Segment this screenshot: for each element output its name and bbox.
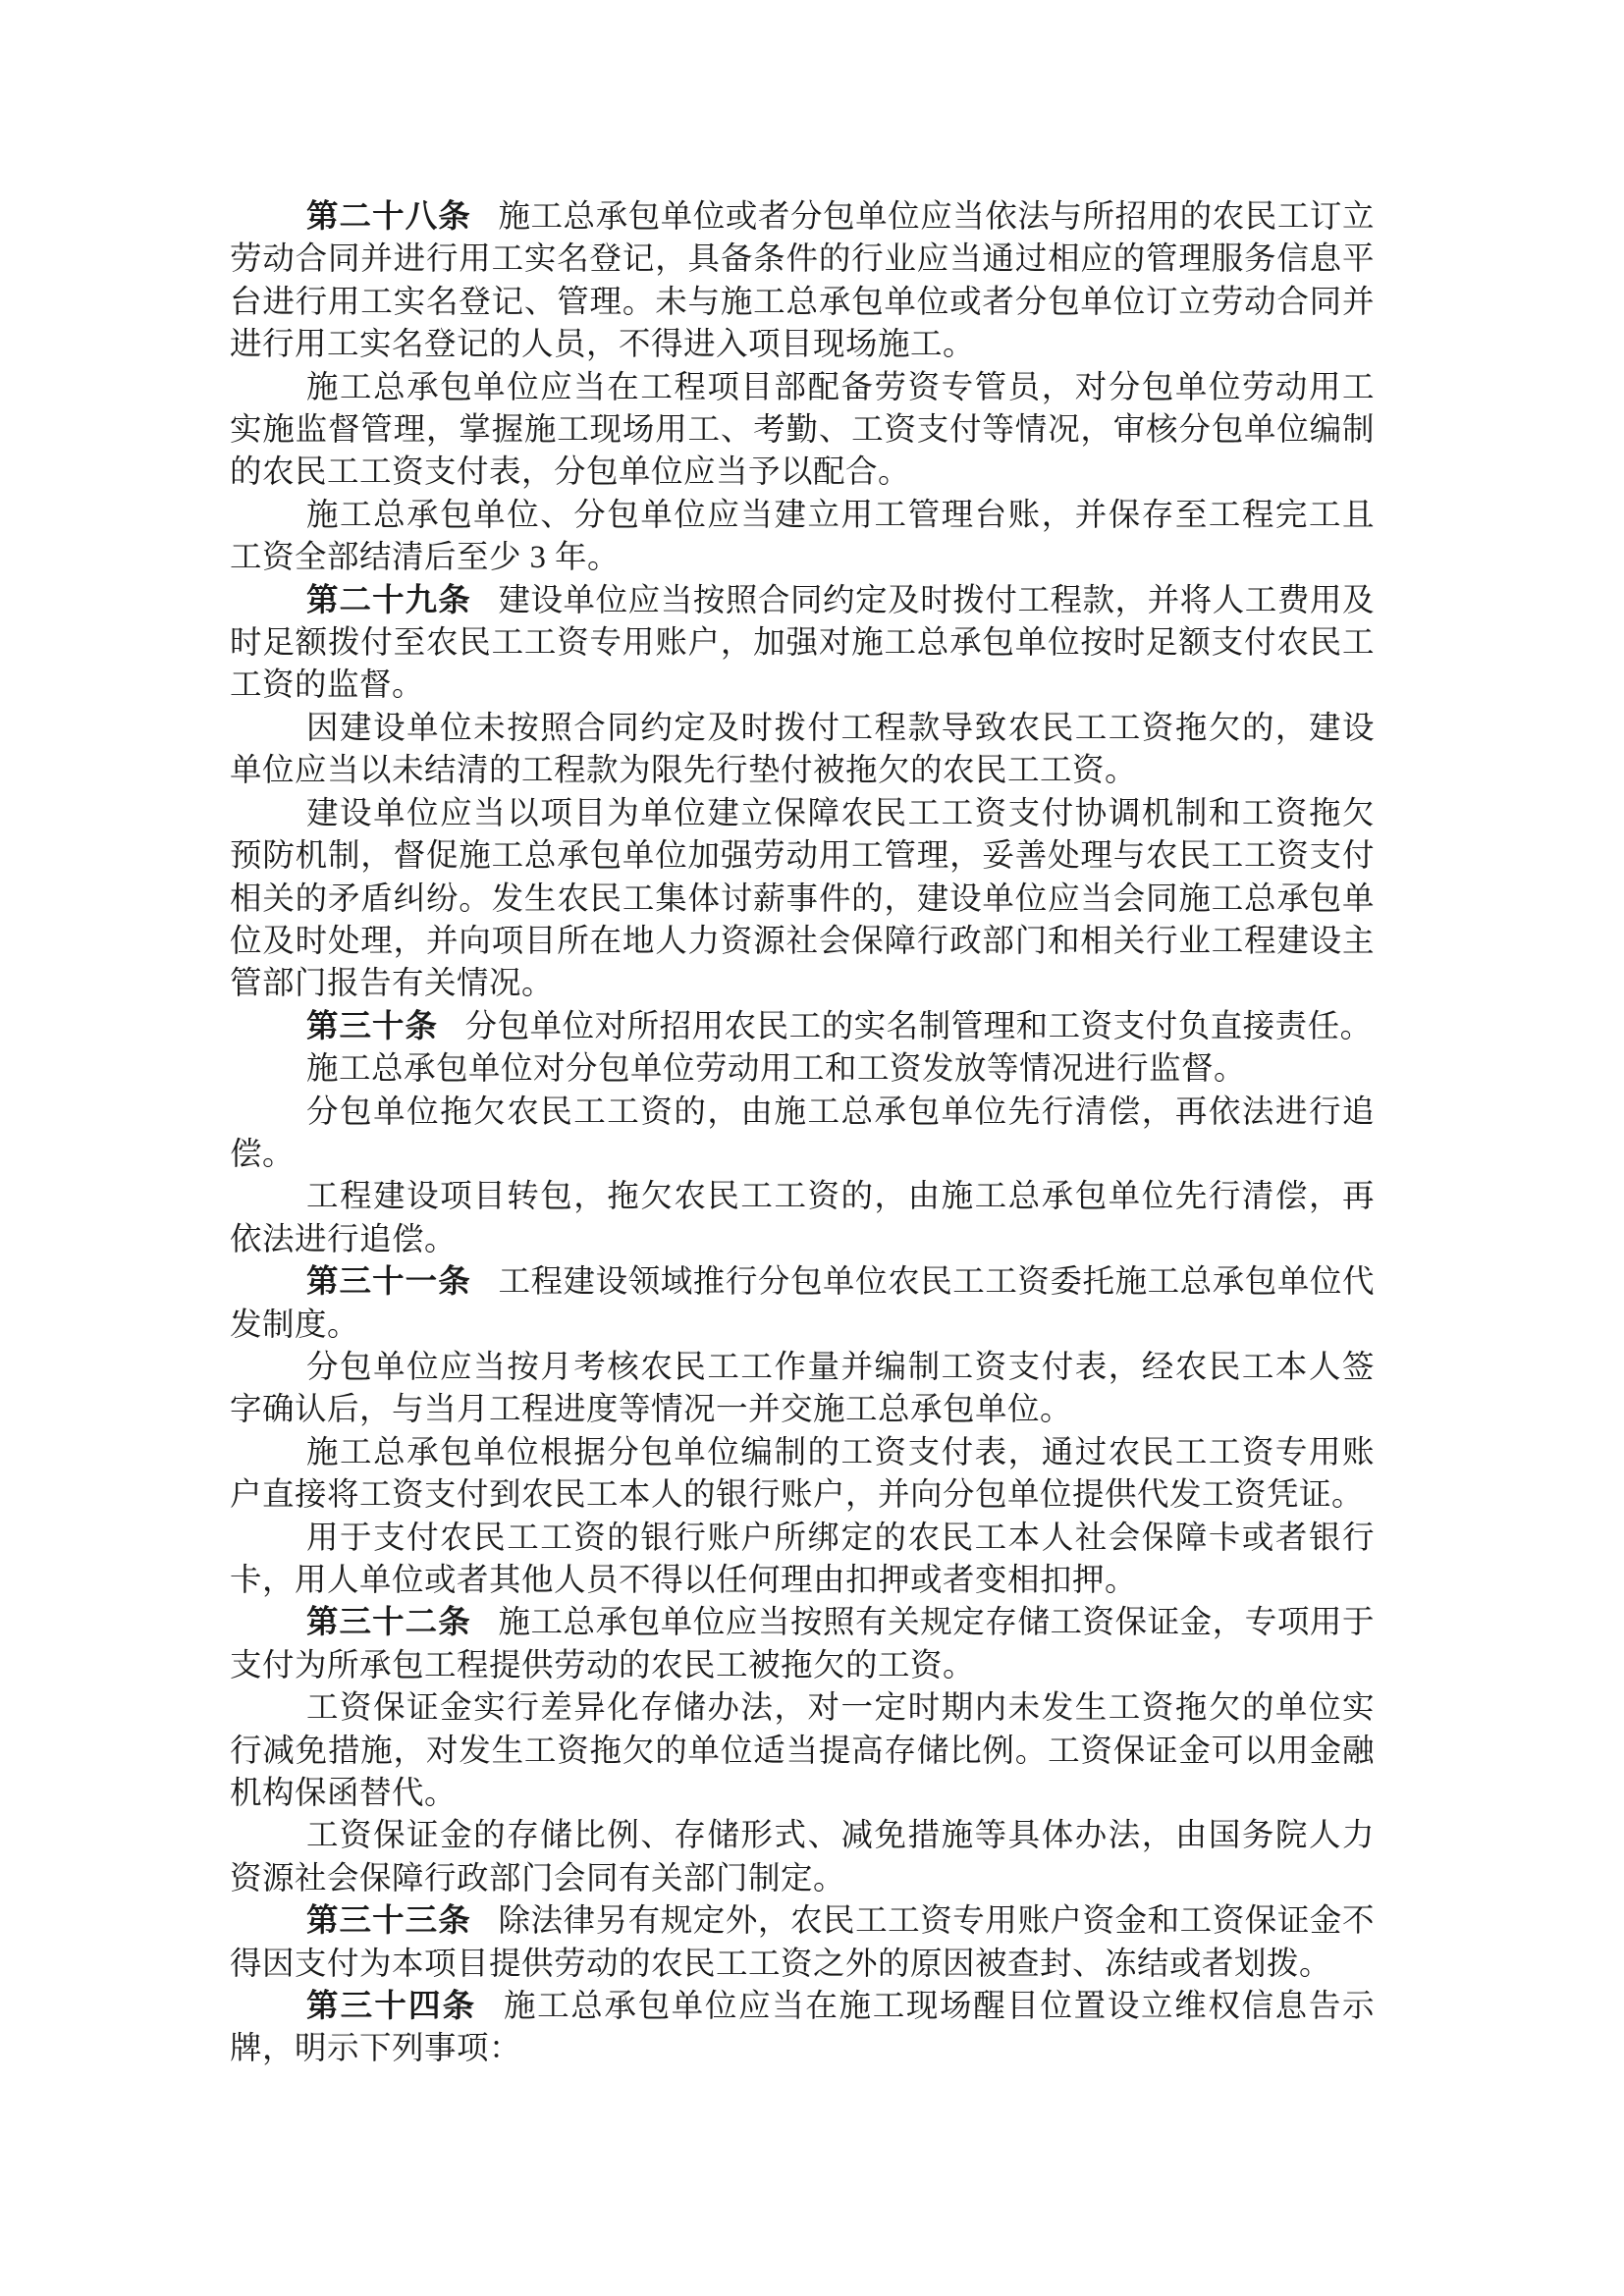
paragraph: 因建设单位未按照合同约定及时拨付工程款导致农民工工资拖欠的，建设单位应当以未结清… (230, 708, 1375, 793)
paragraph: 工程建设项目转包，拖欠农民工工资的，由施工总承包单位先行清偿，再依法进行追偿。 (230, 1176, 1375, 1261)
article-number: 第二十九条 (306, 583, 471, 618)
paragraph: 第三十四条施工总承包单位应当在施工现场醒目位置设立维权信息告示牌，明示下列事项： (230, 1986, 1375, 2071)
paragraph-text: 用于支付农民工工资的银行账户所绑定的农民工本人社会保障卡或者银行卡，用人单位或者… (230, 1521, 1375, 1598)
document-page: 第二十八条施工总承包单位或者分包单位应当依法与所招用的农民工订立劳动合同并进行用… (0, 0, 1624, 2296)
paragraph-text: 建设单位应当以项目为单位建立保障农民工工资支付协调机制和工资拖欠预防机制，督促施… (230, 796, 1375, 1002)
document-text: 第二十八条施工总承包单位或者分包单位应当依法与所招用的农民工订立劳动合同并进行用… (230, 196, 1375, 2071)
paragraph: 第三十二条施工总承包单位应当按照有关规定存储工资保证金，专项用于支付为所承包工程… (230, 1602, 1375, 1687)
article-number: 第三十四条 (306, 1989, 476, 2024)
paragraph: 施工总承包单位对分包单位劳动用工和工资发放等情况进行监督。 (230, 1048, 1375, 1091)
paragraph-text: 施工总承包单位、分包单位应当建立用工管理台账，并保存至工程完工且工资全部结清后至… (230, 498, 1375, 575)
paragraph: 施工总承包单位、分包单位应当建立用工管理台账，并保存至工程完工且工资全部结清后至… (230, 495, 1375, 580)
paragraph-text: 因建设单位未按照合同约定及时拨付工程款导致农民工工资拖欠的，建设单位应当以未结清… (230, 711, 1375, 788)
paragraph: 施工总承包单位根据分包单位编制的工资支付表，通过农民工工资专用账户直接将工资支付… (230, 1432, 1375, 1518)
paragraph: 第二十九条建设单位应当按照合同约定及时拨付工程款，并将人工费用及时足额拨付至农民… (230, 580, 1375, 708)
article-number: 第三十二条 (306, 1605, 471, 1640)
paragraph: 分包单位拖欠农民工工资的，由施工总承包单位先行清偿，再依法进行追偿。 (230, 1092, 1375, 1177)
paragraph: 分包单位应当按月考核农民工工作量并编制工资支付表，经农民工本人签字确认后，与当月… (230, 1347, 1375, 1432)
article-number: 第三十一条 (306, 1264, 471, 1300)
paragraph: 工资保证金的存储比例、存储形式、减免措施等具体办法，由国务院人力资源社会保障行政… (230, 1815, 1375, 1900)
paragraph-text: 工资保证金实行差异化存储办法，对一定时期内未发生工资拖欠的单位实行减免措施，对发… (230, 1690, 1375, 1811)
paragraph: 施工总承包单位应当在工程项目部配备劳资专管员，对分包单位劳动用工实施监督管理，掌… (230, 367, 1375, 495)
paragraph-text: 工程建设项目转包，拖欠农民工工资的，由施工总承包单位先行清偿，再依法进行追偿。 (230, 1179, 1375, 1256)
paragraph-text: 工资保证金的存储比例、存储形式、减免措施等具体办法，由国务院人力资源社会保障行政… (230, 1818, 1375, 1896)
paragraph: 第三十条分包单位对所招用农民工的实名制管理和工资支付负直接责任。 (230, 1006, 1375, 1048)
paragraph-text: 施工总承包单位根据分包单位编制的工资支付表，通过农民工工资专用账户直接将工资支付… (230, 1435, 1375, 1513)
paragraph-text: 施工总承包单位对分包单位劳动用工和工资发放等情况进行监督。 (306, 1051, 1246, 1087)
paragraph-text: 施工总承包单位应当在工程项目部配备劳资专管员，对分包单位劳动用工实施监督管理，掌… (230, 370, 1375, 491)
paragraph: 工资保证金实行差异化存储办法，对一定时期内未发生工资拖欠的单位实行减免措施，对发… (230, 1687, 1375, 1815)
paragraph-text: 分包单位对所招用农民工的实名制管理和工资支付负直接责任。 (465, 1009, 1373, 1044)
paragraph: 第三十三条除法律另有规定外，农民工工资专用账户资金和工资保证金不得因支付为本项目… (230, 1900, 1375, 1986)
paragraph-text: 分包单位拖欠农民工工资的，由施工总承包单位先行清偿，再依法进行追偿。 (230, 1095, 1375, 1172)
paragraph: 建设单位应当以项目为单位建立保障农民工工资支付协调机制和工资拖欠预防机制，督促施… (230, 793, 1375, 1006)
paragraph: 用于支付农民工工资的银行账户所绑定的农民工本人社会保障卡或者银行卡，用人单位或者… (230, 1518, 1375, 1603)
article-number: 第二十八条 (306, 199, 471, 235)
article-number: 第三十条 (306, 1009, 438, 1044)
paragraph: 第二十八条施工总承包单位或者分包单位应当依法与所招用的农民工订立劳动合同并进行用… (230, 196, 1375, 367)
article-number: 第三十三条 (306, 1903, 471, 1939)
paragraph-text: 分包单位应当按月考核农民工工作量并编制工资支付表，经农民工本人签字确认后，与当月… (230, 1350, 1375, 1427)
paragraph: 第三十一条工程建设领域推行分包单位农民工工资委托施工总承包单位代发制度。 (230, 1261, 1375, 1347)
